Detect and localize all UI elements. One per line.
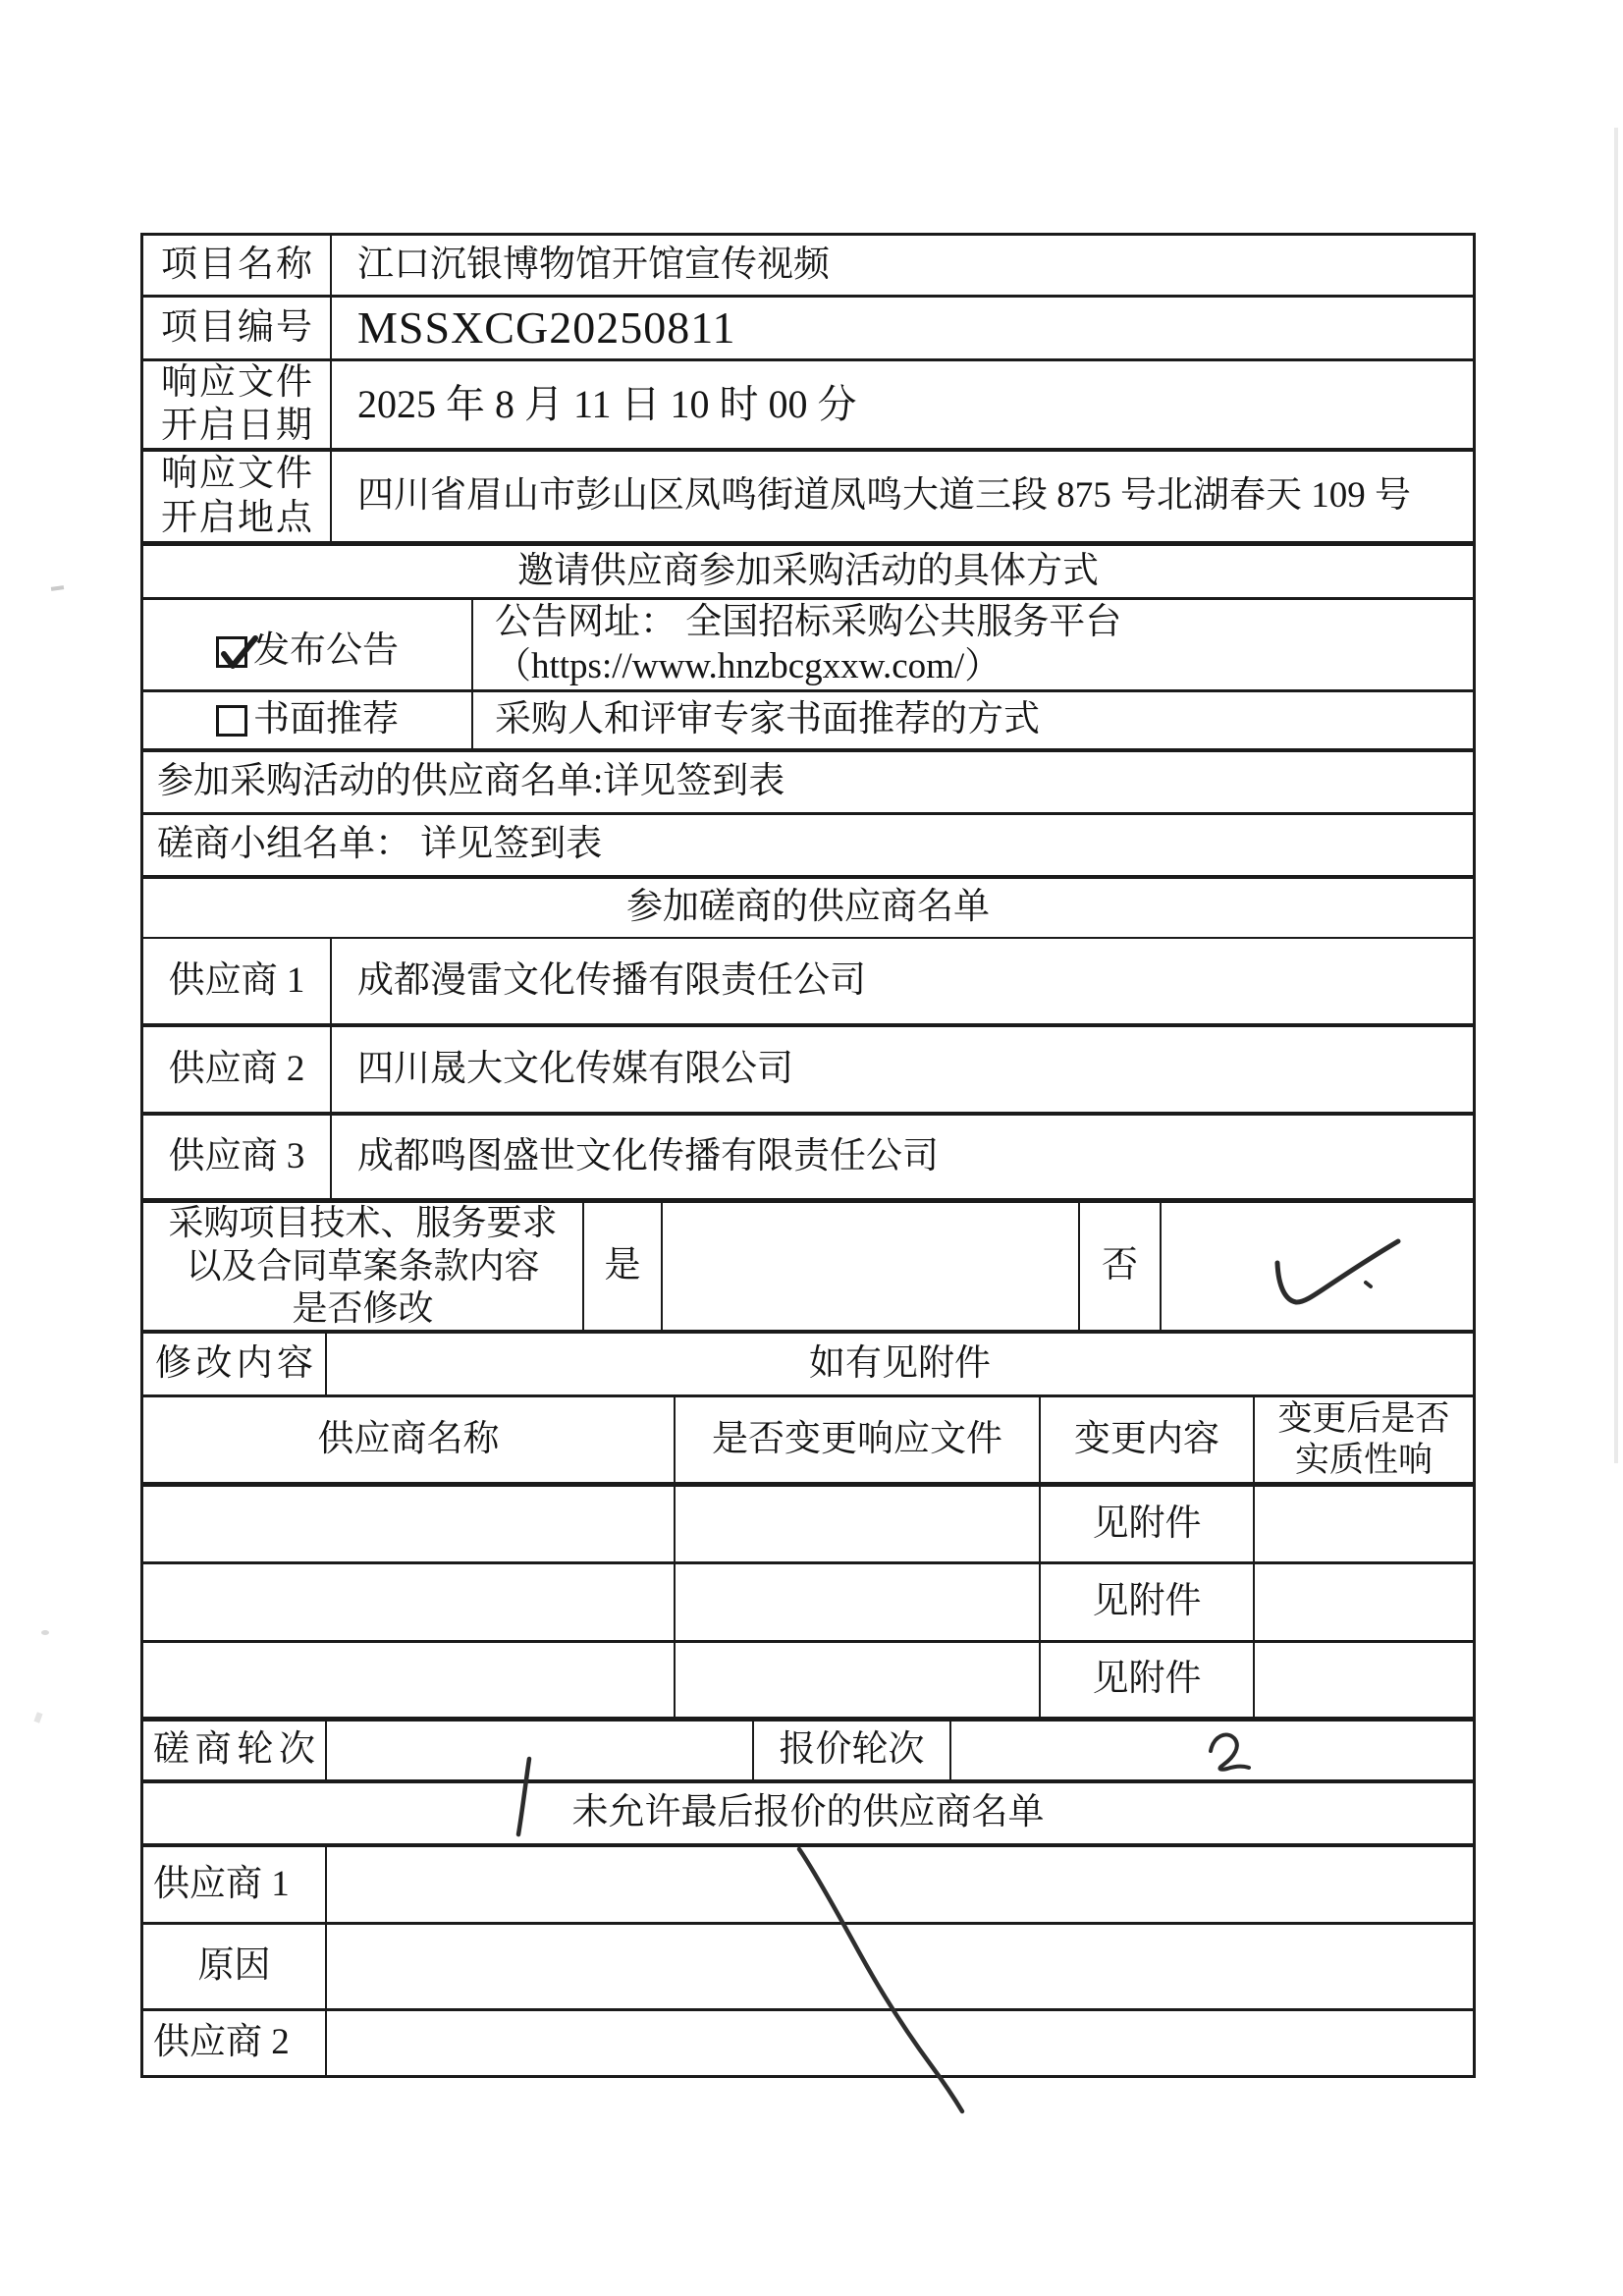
written-label-cell: 书面推荐	[143, 692, 473, 748]
modify-no-cell: 否	[1080, 1203, 1162, 1330]
quote-rounds-label: 报价轮次	[780, 1728, 925, 1772]
scan-speck	[33, 1712, 42, 1722]
project-no-value: MSSXCG20250811	[357, 301, 735, 355]
supplier1-name: 成都漫雷文化传播有限责任公司	[357, 959, 866, 1003]
change-row3-content: 见附件	[1093, 1658, 1202, 1701]
modify-question-line3: 是否修改	[143, 1287, 582, 1330]
final-reason-label: 原因	[198, 1944, 271, 1988]
change-row2-effect-cell	[1255, 1564, 1473, 1640]
written-label: 书面推荐	[253, 698, 399, 741]
supplier3-name-cell: 成都鸣图盛世文化传播有限责任公司	[332, 1116, 1473, 1198]
change-row1-effect-cell	[1255, 1487, 1473, 1561]
change-header-supplier-cell: 供应商名称	[143, 1397, 676, 1482]
project-name-label-cell: 项目名称	[143, 236, 332, 295]
change-row1-changed-cell	[676, 1487, 1041, 1561]
table-row: 项目名称 江口沉银博物馆开馆宣传视频	[143, 236, 1473, 298]
supplier2-name: 四川晟大文化传媒有限公司	[357, 1048, 793, 1091]
table-row: 发布公告 公告网址： 全国招标采购公共服务平台 （https://www.hnz…	[143, 600, 1473, 692]
open-date-value: 2025 年 8 月 11 日 10 时 00 分	[357, 381, 857, 428]
change-header-effect-line2: 实质性响	[1255, 1440, 1473, 1481]
announce-label-cell: 发布公告	[143, 600, 473, 689]
supplier3-name: 成都鸣图盛世文化传播有限责任公司	[357, 1135, 939, 1178]
open-date-label-cell: 响应文件 开启日期	[143, 361, 332, 448]
open-date-label-line2: 开启日期	[143, 405, 330, 448]
open-place-value-cell: 四川省眉山市彭山区凤鸣街道凤鸣大道三段 875 号北湖春天 109 号	[332, 452, 1473, 541]
final-row: 供应商 1	[143, 1847, 1473, 1925]
final-supplier2-label: 供应商 2	[153, 2021, 290, 2064]
open-place-label-cell: 响应文件 开启地点	[143, 452, 332, 541]
change-row2-content-cell: 见附件	[1041, 1564, 1255, 1640]
final-reason-label-cell: 原因	[143, 1925, 327, 2008]
table-row: 磋商小组名单： 详见签到表	[143, 815, 1473, 879]
change-row2-changed-cell	[676, 1564, 1041, 1640]
modify-question-cell: 采购项目技术、服务要求 以及合同草案条款内容 是否修改	[143, 1203, 584, 1330]
participants-note: 参加采购活动的供应商名单:详见签到表	[157, 760, 784, 803]
final-supplier1-value-cell	[327, 1847, 1473, 1922]
open-date-label-line1: 响应文件	[143, 361, 330, 405]
change-table-row: 见附件	[143, 1564, 1473, 1643]
final-supplier1-label-cell: 供应商 1	[143, 1847, 327, 1922]
suppliers-header: 参加磋商的供应商名单	[626, 886, 990, 929]
change-row3-supplier-cell	[143, 1643, 676, 1717]
negotiation-rounds-value-cell	[327, 1722, 754, 1779]
written-value: 采购人和评审专家书面推荐的方式	[495, 698, 1040, 741]
modify-no-label: 否	[1102, 1244, 1138, 1287]
supplier1-label-cell: 供应商 1	[143, 939, 332, 1023]
change-row2-supplier-cell	[143, 1564, 676, 1640]
announce-url-line2: （https://www.hnzbcgxxw.com/）	[495, 645, 1473, 688]
negotiation-rounds-label-cell: 磋商轮次	[143, 1722, 327, 1779]
project-no-value-cell: MSSXCG20250811	[332, 298, 1473, 358]
supplier-row: 供应商 3 成都鸣图盛世文化传播有限责任公司	[143, 1116, 1473, 1203]
table-row: 未允许最后报价的供应商名单	[143, 1783, 1473, 1847]
project-no-label: 项目编号	[143, 306, 330, 350]
modify-content-label-cell: 修改内容	[143, 1334, 327, 1394]
project-no-label-cell: 项目编号	[143, 298, 332, 358]
open-place-label-line2: 开启地点	[143, 497, 330, 540]
final-row: 供应商 2	[143, 2011, 1473, 2075]
scan-speck	[41, 1630, 49, 1635]
announce-value-cell: 公告网址： 全国招标采购公共服务平台 （https://www.hnzbcgxx…	[473, 600, 1473, 689]
change-row3-changed-cell	[676, 1643, 1041, 1717]
table-row: 邀请供应商参加采购活动的具体方式	[143, 546, 1473, 600]
supplier2-label: 供应商 2	[169, 1048, 305, 1091]
modify-yes-label: 是	[605, 1244, 641, 1287]
change-header-changed-cell: 是否变更响应文件	[676, 1397, 1041, 1482]
open-date-value-cell: 2025 年 8 月 11 日 10 时 00 分	[332, 361, 1473, 448]
change-row3-effect-cell	[1255, 1643, 1473, 1717]
final-header-cell: 未允许最后报价的供应商名单	[143, 1783, 1473, 1843]
change-row1-supplier-cell	[143, 1487, 676, 1561]
negotiation-rounds-label: 磋商轮次	[143, 1728, 325, 1772]
final-header: 未允许最后报价的供应商名单	[572, 1791, 1045, 1834]
final-reason-value-cell	[327, 1925, 1473, 2008]
table-row: 书面推荐 采购人和评审专家书面推荐的方式	[143, 692, 1473, 752]
final-supplier2-label-cell: 供应商 2	[143, 2011, 327, 2075]
table-row: 修改内容 如有见附件	[143, 1334, 1473, 1397]
announce-label: 发布公告	[253, 629, 399, 673]
change-header-supplier: 供应商名称	[318, 1418, 500, 1461]
written-value-cell: 采购人和评审专家书面推荐的方式	[473, 692, 1473, 748]
quote-rounds-label-cell: 报价轮次	[754, 1722, 951, 1779]
invite-method-header: 邀请供应商参加采购活动的具体方式	[517, 550, 1099, 593]
supplier1-name-cell: 成都漫雷文化传播有限责任公司	[332, 939, 1473, 1023]
final-row: 原因	[143, 1925, 1473, 2011]
modify-no-answer-cell	[1162, 1203, 1473, 1330]
table-row: 采购项目技术、服务要求 以及合同草案条款内容 是否修改 是 否	[143, 1203, 1473, 1334]
project-name-label: 项目名称	[143, 244, 330, 287]
supplier1-label: 供应商 1	[169, 959, 305, 1003]
suppliers-header-cell: 参加磋商的供应商名单	[143, 879, 1473, 937]
change-row1-content: 见附件	[1093, 1503, 1202, 1546]
supplier2-name-cell: 四川晟大文化传媒有限公司	[332, 1027, 1473, 1112]
rounds-row: 磋商轮次 报价轮次	[143, 1722, 1473, 1783]
modify-question-line2: 以及合同草案条款内容	[143, 1245, 582, 1288]
table-row: 响应文件 开启地点 四川省眉山市彭山区凤鸣街道凤鸣大道三段 875 号北湖春天 …	[143, 452, 1473, 546]
modify-content-value-cell: 如有见附件	[327, 1334, 1473, 1394]
open-place-label-line1: 响应文件	[143, 453, 330, 496]
modify-content-label: 修改内容	[143, 1342, 325, 1386]
change-table-row: 见附件	[143, 1643, 1473, 1722]
project-name-value: 江口沉银博物馆开馆宣传视频	[357, 244, 830, 287]
supplier-row: 供应商 2 四川晟大文化传媒有限公司	[143, 1027, 1473, 1116]
supplier3-label: 供应商 3	[169, 1135, 305, 1178]
change-header-changed: 是否变更响应文件	[712, 1418, 1002, 1461]
announce-url-line1: 公告网址： 全国招标采购公共服务平台	[495, 601, 1473, 644]
scan-speck	[51, 585, 64, 591]
open-place-value: 四川省眉山市彭山区凤鸣街道凤鸣大道三段 875 号北湖春天 109 号	[357, 474, 1411, 518]
change-header-effect-line1: 变更后是否	[1255, 1398, 1473, 1440]
change-table-row: 见附件	[143, 1487, 1473, 1564]
participants-note-cell: 参加采购活动的供应商名单:详见签到表	[143, 752, 1473, 812]
checkbox-checked-icon	[216, 636, 247, 668]
supplier2-label-cell: 供应商 2	[143, 1027, 332, 1112]
modify-yes-answer-cell	[663, 1203, 1080, 1330]
table-row: 响应文件 开启日期 2025 年 8 月 11 日 10 时 00 分	[143, 361, 1473, 452]
change-row3-content-cell: 见附件	[1041, 1643, 1255, 1717]
invite-method-header-cell: 邀请供应商参加采购活动的具体方式	[143, 546, 1473, 597]
supplier-row: 供应商 1 成都漫雷文化传播有限责任公司	[143, 939, 1473, 1027]
table-row: 参加磋商的供应商名单	[143, 879, 1473, 939]
change-header-content: 变更内容	[1074, 1418, 1219, 1461]
supplier3-label-cell: 供应商 3	[143, 1116, 332, 1198]
change-table-header-row: 供应商名称 是否变更响应文件 变更内容 变更后是否 实质性响	[143, 1397, 1473, 1487]
change-header-effect-cell: 变更后是否 实质性响	[1255, 1397, 1473, 1482]
scanned-document-page: 项目名称 江口沉银博物馆开馆宣传视频 项目编号 MSSXCG20250811 响…	[0, 0, 1623, 2296]
final-supplier2-value-cell	[327, 2011, 1473, 2075]
project-name-value-cell: 江口沉银博物馆开馆宣传视频	[332, 236, 1473, 295]
scan-edge-shadow	[1614, 128, 1618, 1463]
group-note: 磋商小组名单： 详见签到表	[157, 823, 602, 866]
table-row: 项目编号 MSSXCG20250811	[143, 298, 1473, 361]
modify-yes-cell: 是	[584, 1203, 663, 1330]
modify-question-line1: 采购项目技术、服务要求	[143, 1203, 582, 1245]
quote-rounds-value-cell	[951, 1722, 1473, 1779]
final-supplier1-label: 供应商 1	[153, 1863, 290, 1906]
change-row2-content: 见附件	[1093, 1580, 1202, 1623]
change-row1-content-cell: 见附件	[1041, 1487, 1255, 1561]
group-note-cell: 磋商小组名单： 详见签到表	[143, 815, 1473, 875]
procurement-record-table: 项目名称 江口沉银博物馆开馆宣传视频 项目编号 MSSXCG20250811 响…	[140, 233, 1476, 2078]
checkbox-unchecked-icon	[216, 705, 247, 737]
modify-content-value: 如有见附件	[809, 1342, 991, 1386]
table-row: 参加采购活动的供应商名单:详见签到表	[143, 752, 1473, 815]
change-header-content-cell: 变更内容	[1041, 1397, 1255, 1482]
